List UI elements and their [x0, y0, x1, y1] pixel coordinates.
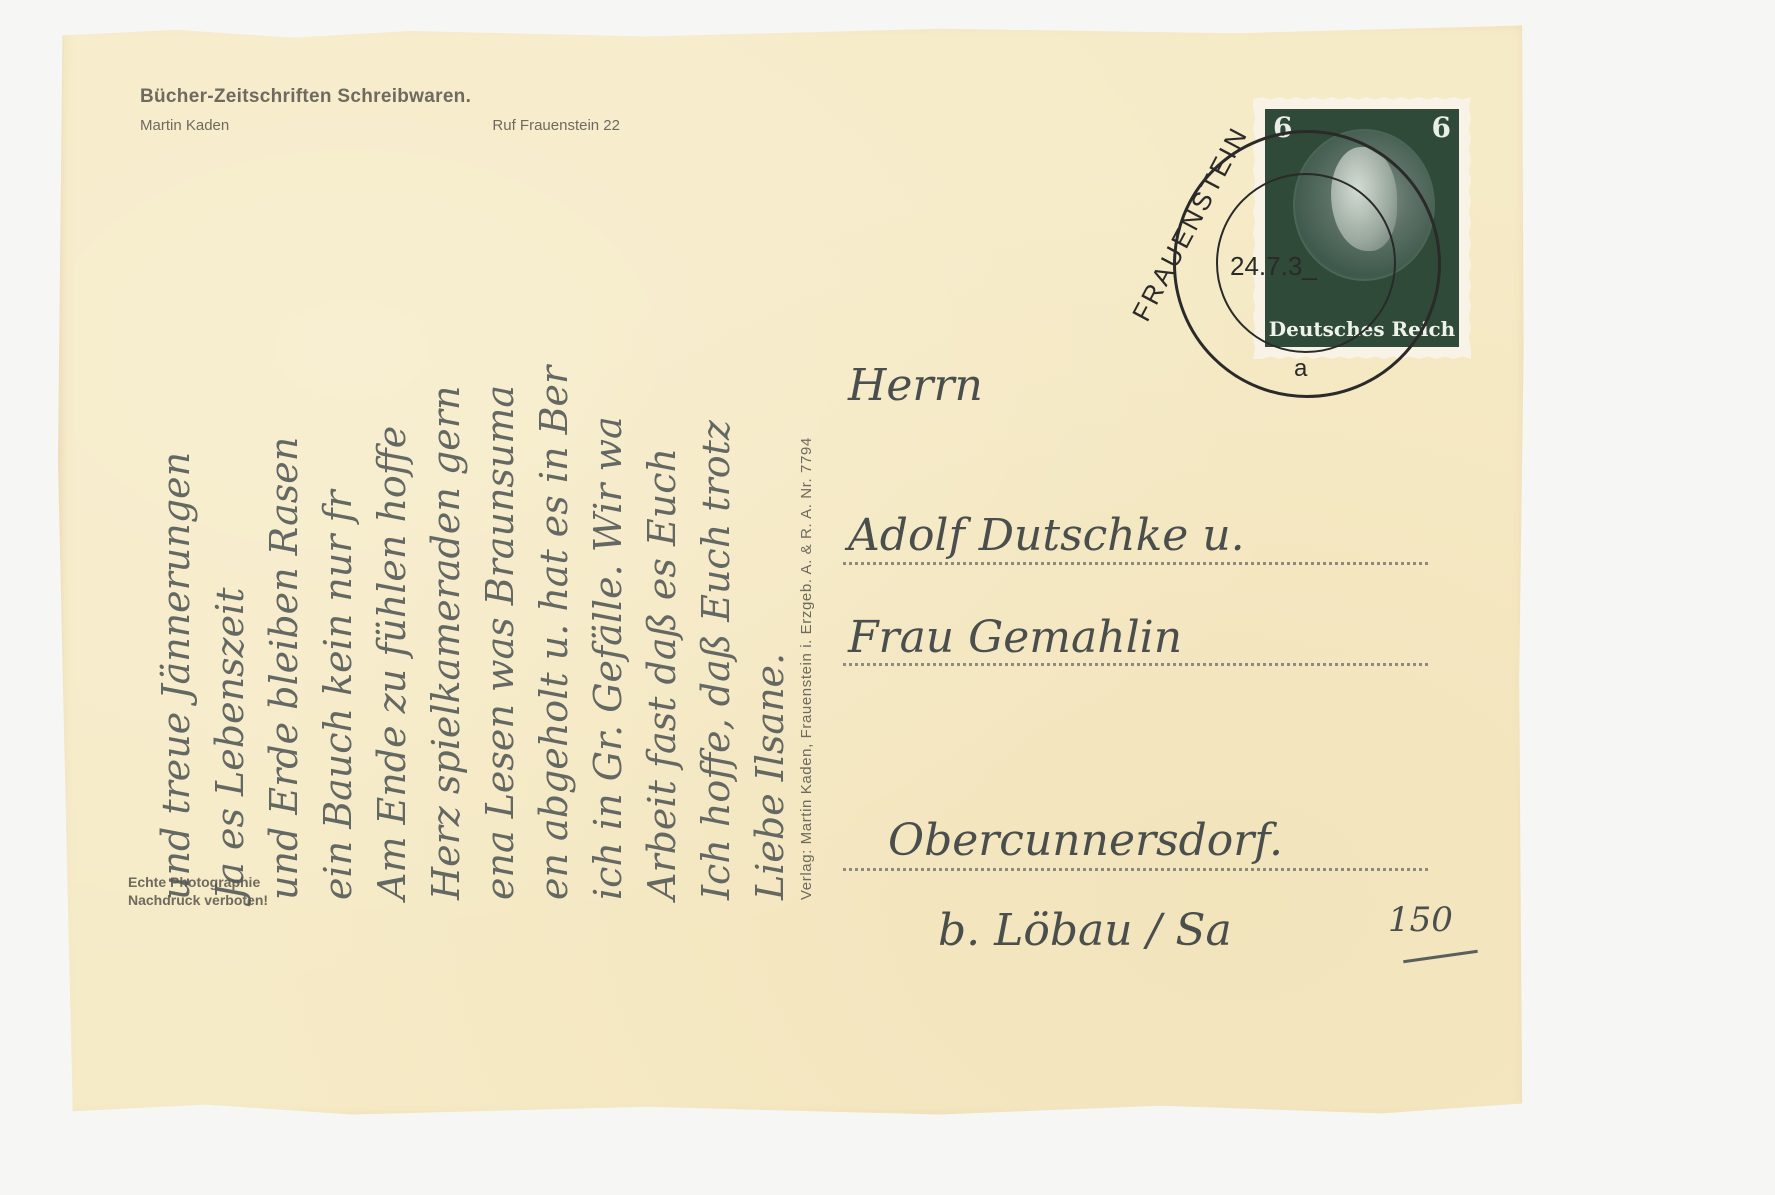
postmark-date: 24.7.3_	[1230, 251, 1317, 282]
publisher-header: Bücher-Zeitschriften Schreibwaren.	[140, 86, 471, 108]
message-line: Arbeit fast daß es Euch	[640, 448, 684, 900]
message-line: Ja es Lebenszeit	[208, 588, 252, 900]
address-dotted-line-1	[843, 562, 1428, 565]
publisher-contact-line: Martin Kaden Ruf Frauenstein 22	[140, 117, 620, 134]
underline-mark	[1403, 950, 1478, 963]
message-line: Herz spielkameraden gern	[424, 386, 468, 900]
address-line-1: Adolf Dutschke u.	[848, 510, 1245, 561]
message-line: Am Ende zu fühlen hoffe	[370, 426, 414, 900]
message-line: ich in Gr. Gefälle. Wir wa	[586, 416, 630, 900]
message-line: Liebe Ilsane.	[748, 653, 792, 900]
message-line: ena Lesen was Braunsuma	[478, 385, 522, 900]
publisher-phone: Ruf Frauenstein 22	[492, 117, 620, 134]
postcard-back: Bücher-Zeitschriften Schreibwaren. Marti…	[58, 20, 1528, 1120]
address-line-2: Frau Gemahlin	[848, 612, 1182, 663]
message-line: und Erde bleiben Rasen	[262, 437, 306, 900]
message-line: en abgeholt u. hat es in Ber	[532, 366, 576, 900]
publisher-imprint-vertical: Verlag: Martin Kaden, Frauenstein i. Erz…	[798, 437, 815, 900]
message-line: ein Bauch kein nur fr	[316, 490, 360, 900]
stamp-value-right: 6	[1432, 111, 1451, 144]
address-dotted-line-2	[843, 663, 1428, 666]
message-line: und treue Jännerungen	[154, 452, 198, 900]
postmark-letter: a	[1294, 355, 1307, 383]
address-dotted-line-3	[843, 868, 1428, 871]
address-salutation: Herrn	[848, 360, 983, 411]
address-line-3: Obercunnersdorf.	[888, 815, 1283, 866]
publisher-name: Martin Kaden	[140, 117, 229, 134]
address-annotation: 150	[1388, 900, 1453, 940]
postmark: FRAUENSTEIN 24.7.3_ a	[1173, 130, 1441, 398]
message-line: Ich hoffe, daß Euch trotz	[694, 420, 738, 900]
address-line-4: b. Löbau / Sa	[938, 905, 1232, 956]
